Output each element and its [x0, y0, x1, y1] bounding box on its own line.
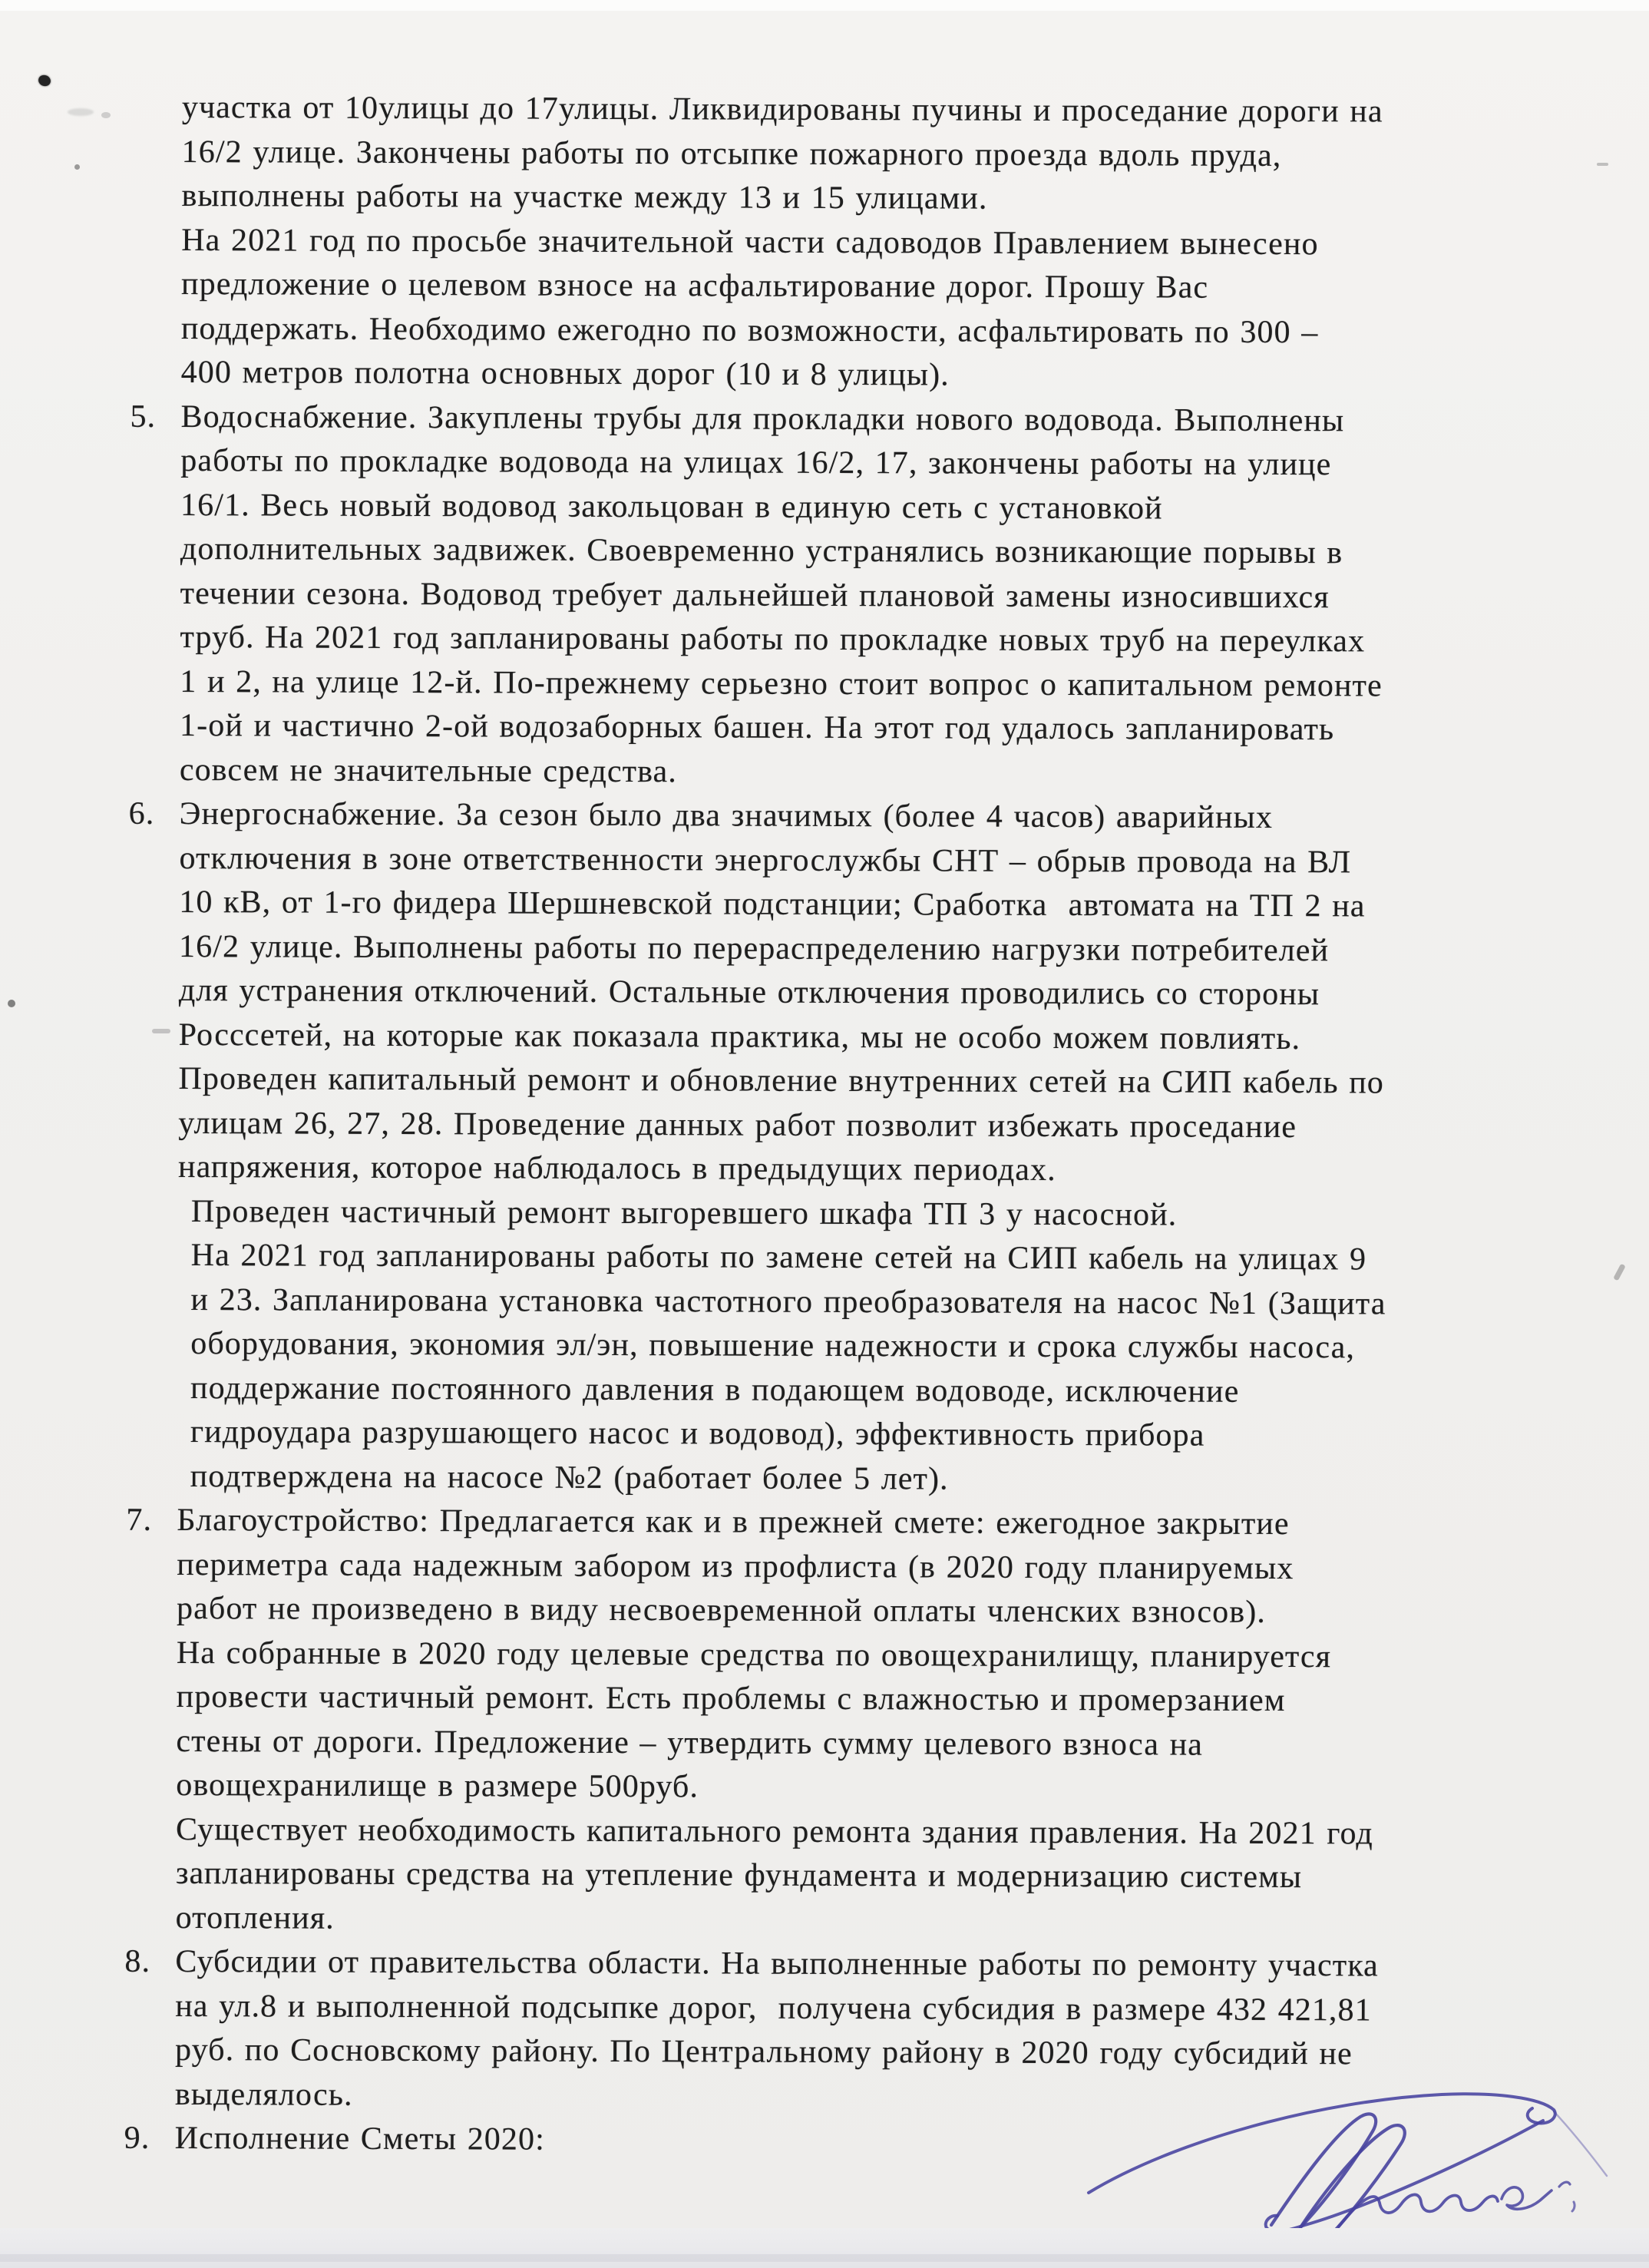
text-line: поддержать. Необходимо ежегодно по возмо…	[181, 306, 1609, 355]
signature-stroke	[1502, 2187, 1552, 2209]
text-line: 6.Энергоснабжение. За сезон было два зна…	[180, 792, 1608, 841]
document-body: участка от 10улицы до 17улицы. Ликвидиро…	[175, 86, 1610, 2166]
signature-stroke	[1300, 2125, 1405, 2231]
signature-stroke	[1271, 2114, 1376, 2227]
scan-speck	[8, 1000, 15, 1007]
scanned-page: { "palette": { "paper": "#f1f0ee", "text…	[0, 0, 1649, 2268]
text-line: 1 и 2, на улице 12-й. По-прежнему серьез…	[180, 660, 1608, 709]
text-line: 1-ой и частично 2-ой водозаборных башен.…	[180, 704, 1608, 753]
text-line: Существует необходимость капитального ре…	[176, 1807, 1604, 1856]
text-line: Проведен частичный ремонт выгоревшего шк…	[178, 1189, 1606, 1238]
text-line: дополнительных задвижек. Своевременно ус…	[180, 527, 1608, 577]
text-line: Проведен капитальный ремонт и обновление…	[178, 1057, 1606, 1106]
item-number: 7.	[126, 1499, 152, 1543]
scan-speck	[1613, 1264, 1626, 1281]
text-line: Росссетей, на которые как показала практ…	[179, 1013, 1607, 1062]
text-line: 5.Водоснабжение. Закуплены трубы для про…	[180, 395, 1608, 444]
signature-stroke	[1554, 2111, 1607, 2176]
text-line: труб. На 2021 год запланированы работы п…	[180, 616, 1608, 665]
scan-speck	[1597, 163, 1608, 166]
scan-speck	[74, 164, 80, 170]
scan-speck	[152, 1029, 170, 1033]
text-line: овощехранилище в размере 500руб.	[176, 1764, 1604, 1813]
text-line: отопления.	[176, 1896, 1604, 1945]
signature	[1075, 1981, 1612, 2268]
text-line: На собранные в 2020 году целевые средств…	[177, 1631, 1604, 1680]
signature-stroke	[1559, 2182, 1570, 2187]
text-line: 7.Благоустройство: Предлагается как и в …	[177, 1499, 1604, 1548]
text-line: стены от дороги. Предложение – утвердить…	[176, 1719, 1604, 1768]
text-line: течении сезона. Водовод требует дальнейш…	[180, 571, 1608, 620]
item-number: 9.	[124, 2117, 150, 2161]
text-line: подтверждена на насосе №2 (работает боле…	[177, 1454, 1605, 1503]
signature-stroke	[1089, 2094, 1555, 2193]
scan-speck	[37, 74, 52, 88]
text-line: отключения в зоне ответственности энерго…	[179, 836, 1607, 885]
text-line: улицам 26, 27, 28. Проведение данных раб…	[178, 1101, 1606, 1150]
text-line: периметра сада надежным забором из профл…	[177, 1542, 1604, 1592]
text-line: и 23. Запланирована установка частотного…	[177, 1278, 1605, 1327]
text-line: 400 метров полотна основных дорог (10 и …	[181, 351, 1609, 400]
item-number: 5.	[130, 395, 156, 439]
text-line: запланированы средства на утепление фунд…	[176, 1852, 1604, 1901]
text-line: гидроудара разрушающего насос и водовод)…	[177, 1410, 1605, 1460]
text-line: совсем не значительные средства.	[180, 748, 1608, 797]
text-line: провести частичный ремонт. Есть проблемы…	[177, 1675, 1604, 1724]
item-number: 8.	[124, 1940, 150, 1985]
text-line: 16/2 улице. Выполнены работы по перерасп…	[179, 924, 1607, 974]
scan-edge-bottom	[0, 2228, 1649, 2268]
text-line: предложение о целевом взносе на асфальти…	[181, 263, 1609, 312]
scan-speck	[101, 112, 111, 118]
text-line: участка от 10улицы до 17улицы. Ликвидиро…	[182, 86, 1610, 135]
scan-edge-bottom-shade	[0, 2254, 1649, 2262]
text-line: для устранения отключений. Остальные отк…	[179, 969, 1607, 1018]
text-line: работы по прокладке водовода на улицах 1…	[180, 439, 1608, 488]
item-number: 6.	[129, 792, 155, 837]
text-line: На 2021 год по просьбе значительной част…	[181, 218, 1609, 267]
text-line: работ не произведено в виду несвоевремен…	[177, 1587, 1604, 1636]
text-line: поддержание постоянного давления в подаю…	[177, 1366, 1605, 1415]
scan-edge-top	[0, 0, 1649, 11]
text-line: 10 кВ, от 1-го фидера Шершневской подста…	[179, 881, 1607, 930]
text-line: напряжения, которое наблюдалось в предыд…	[178, 1146, 1606, 1195]
scan-speck	[68, 108, 94, 116]
text-line: 16/1. Весь новый водовод закольцован в е…	[180, 483, 1608, 532]
text-line: На 2021 год запланированы работы по заме…	[178, 1234, 1606, 1283]
signature-stroke	[1572, 2202, 1575, 2211]
text-line: 16/2 улице. Закончены работы по отсыпке …	[182, 130, 1610, 179]
text-line: оборудования, экономия эл/эн, повышение …	[177, 1322, 1605, 1371]
text-line: выполнены работы на участке между 13 и 1…	[181, 174, 1609, 223]
